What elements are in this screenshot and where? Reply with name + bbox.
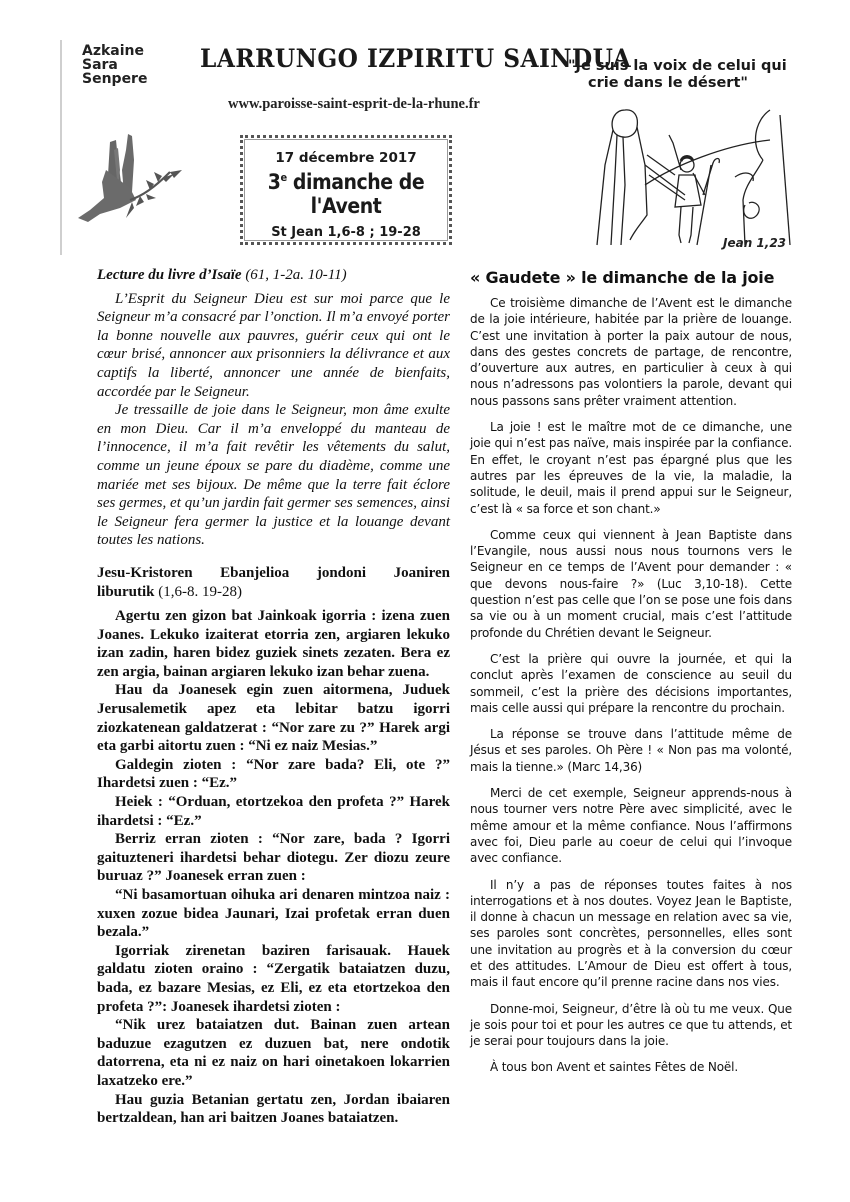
article-paragraph: Donne-moi, Seigneur, d’être là où tu me … bbox=[470, 1001, 792, 1050]
article-paragraph: Ce troisième dimanche de l’Avent est le … bbox=[470, 295, 792, 409]
gospel-title-line-2: liburutik (1,6-8. 19-28) bbox=[97, 583, 450, 602]
gospel-paragraph: Berriz erran zioten : “Nor zare, bada ? … bbox=[97, 830, 450, 886]
john-the-baptist-illustration bbox=[585, 105, 800, 255]
article-paragraph: Il n’y a pas de réponses toutes faites à… bbox=[470, 877, 792, 991]
gospel-paragraph: “Nik urez bataiatzen dut. Bainan zuen ar… bbox=[97, 1016, 450, 1090]
gospel-title-bold: liburutik bbox=[97, 584, 155, 600]
gospel-title: Jesu-Kristoren Ebanjelioa jondoni Joanir… bbox=[97, 564, 450, 601]
article-paragraph: Comme ceux qui viennent à Jean Baptiste … bbox=[470, 527, 792, 641]
date-box: 17 décembre 2017 3e dimanche de l'Avent … bbox=[240, 135, 452, 245]
gospel-paragraph: Heiek : “Orduan, etortzekoa den profeta … bbox=[97, 793, 450, 830]
gospel-paragraph: Agertu zen gizon bat Jainkoak igorria : … bbox=[97, 607, 450, 681]
parish-villages: Azkaine Sara Senpere bbox=[82, 44, 147, 86]
gospel-title-ref: (1,6-8. 19-28) bbox=[155, 584, 242, 600]
article-paragraph: La joie ! est le maître mot de ce dimanc… bbox=[470, 419, 792, 517]
article-paragraph: À tous bon Avent et saintes Fêtes de Noë… bbox=[470, 1059, 792, 1075]
gospel-reference: St Jean 1,6-8 ; 19-28 bbox=[243, 225, 449, 240]
village-name: Azkaine bbox=[82, 44, 147, 58]
gospel-paragraph: Hau da Joanesek egin zuen aitormena, Jud… bbox=[97, 681, 450, 755]
masthead-title: LARRUNGO IZPIRITU SAINDUA bbox=[200, 44, 535, 73]
village-name: Sara bbox=[82, 58, 147, 72]
bulletin-page: Azkaine Sara Senpere LARRUNGO IZPIRITU S… bbox=[0, 0, 850, 1202]
liturgical-title: 3e dimanche de l'Avent bbox=[253, 170, 438, 218]
gospel-title-word: Jesu-Kristoren bbox=[97, 564, 193, 583]
reading-title-bold: Lecture du livre d’Isaïe bbox=[97, 267, 242, 283]
dove-with-olive-branch-icon bbox=[70, 130, 190, 230]
article-paragraph: C’est la prière qui ouvre la journée, et… bbox=[470, 651, 792, 716]
reading-paragraph: Je tressaille de joie dans le Seigneur, … bbox=[97, 401, 450, 550]
village-name: Senpere bbox=[82, 72, 147, 86]
article-title: « Gaudete » le dimanche de la joie bbox=[470, 268, 792, 287]
article-paragraph: La réponse se trouve dans l’attitude mêm… bbox=[470, 726, 792, 775]
gospel-title-line-1: Jesu-Kristoren Ebanjelioa jondoni Joanir… bbox=[97, 564, 450, 583]
bulletin-date: 17 décembre 2017 bbox=[243, 150, 449, 166]
gospel-title-word: Ebanjelioa bbox=[220, 564, 289, 583]
article-paragraph: Merci de cet exemple, Seigneur apprends-… bbox=[470, 785, 792, 866]
gospel-title-word: Joaniren bbox=[394, 564, 450, 583]
motto-line-2: crie dans le désert" bbox=[568, 75, 798, 92]
motto-quote: "Je suis la voix de celui qui crie dans … bbox=[568, 58, 798, 92]
gospel-title-word: jondoni bbox=[317, 564, 366, 583]
reading-title-ref: (61, 1-2a. 10-11) bbox=[242, 267, 347, 283]
illustration-caption: Jean 1,23 bbox=[723, 236, 786, 250]
motto-line-1: "Je suis la voix de celui qui bbox=[568, 58, 787, 74]
gospel-text: Agertu zen gizon bat Jainkoak igorria : … bbox=[97, 607, 450, 1128]
header-left-rule bbox=[60, 40, 62, 255]
reading-paragraph: L’Esprit du Seigneur Dieu est sur moi pa… bbox=[97, 290, 450, 402]
reading-title: Lecture du livre d’Isaïe (61, 1-2a. 10-1… bbox=[97, 266, 450, 285]
parish-website-link[interactable]: www.paroisse-saint-esprit-de-la-rhune.fr bbox=[228, 96, 480, 113]
title-rest: dimanche de l'Avent bbox=[287, 170, 425, 218]
article-column: « Gaudete » le dimanche de la joie Ce tr… bbox=[470, 268, 792, 1086]
gospel-paragraph: “Ni basamortuan oihuka ari denaren mintz… bbox=[97, 886, 450, 942]
readings-column: Lecture du livre d’Isaïe (61, 1-2a. 10-1… bbox=[97, 266, 450, 1128]
gospel-paragraph: Hau guzia Betanian gertatu zen, Jordan i… bbox=[97, 1091, 450, 1128]
reading-text: L’Esprit du Seigneur Dieu est sur moi pa… bbox=[97, 290, 450, 550]
title-number: 3 bbox=[268, 170, 281, 194]
gospel-paragraph: Igorriak zirenetan baziren farisauak. Ha… bbox=[97, 942, 450, 1016]
gospel-paragraph: Galdegin zioten : “Nor zare bada? Eli, o… bbox=[97, 756, 450, 793]
